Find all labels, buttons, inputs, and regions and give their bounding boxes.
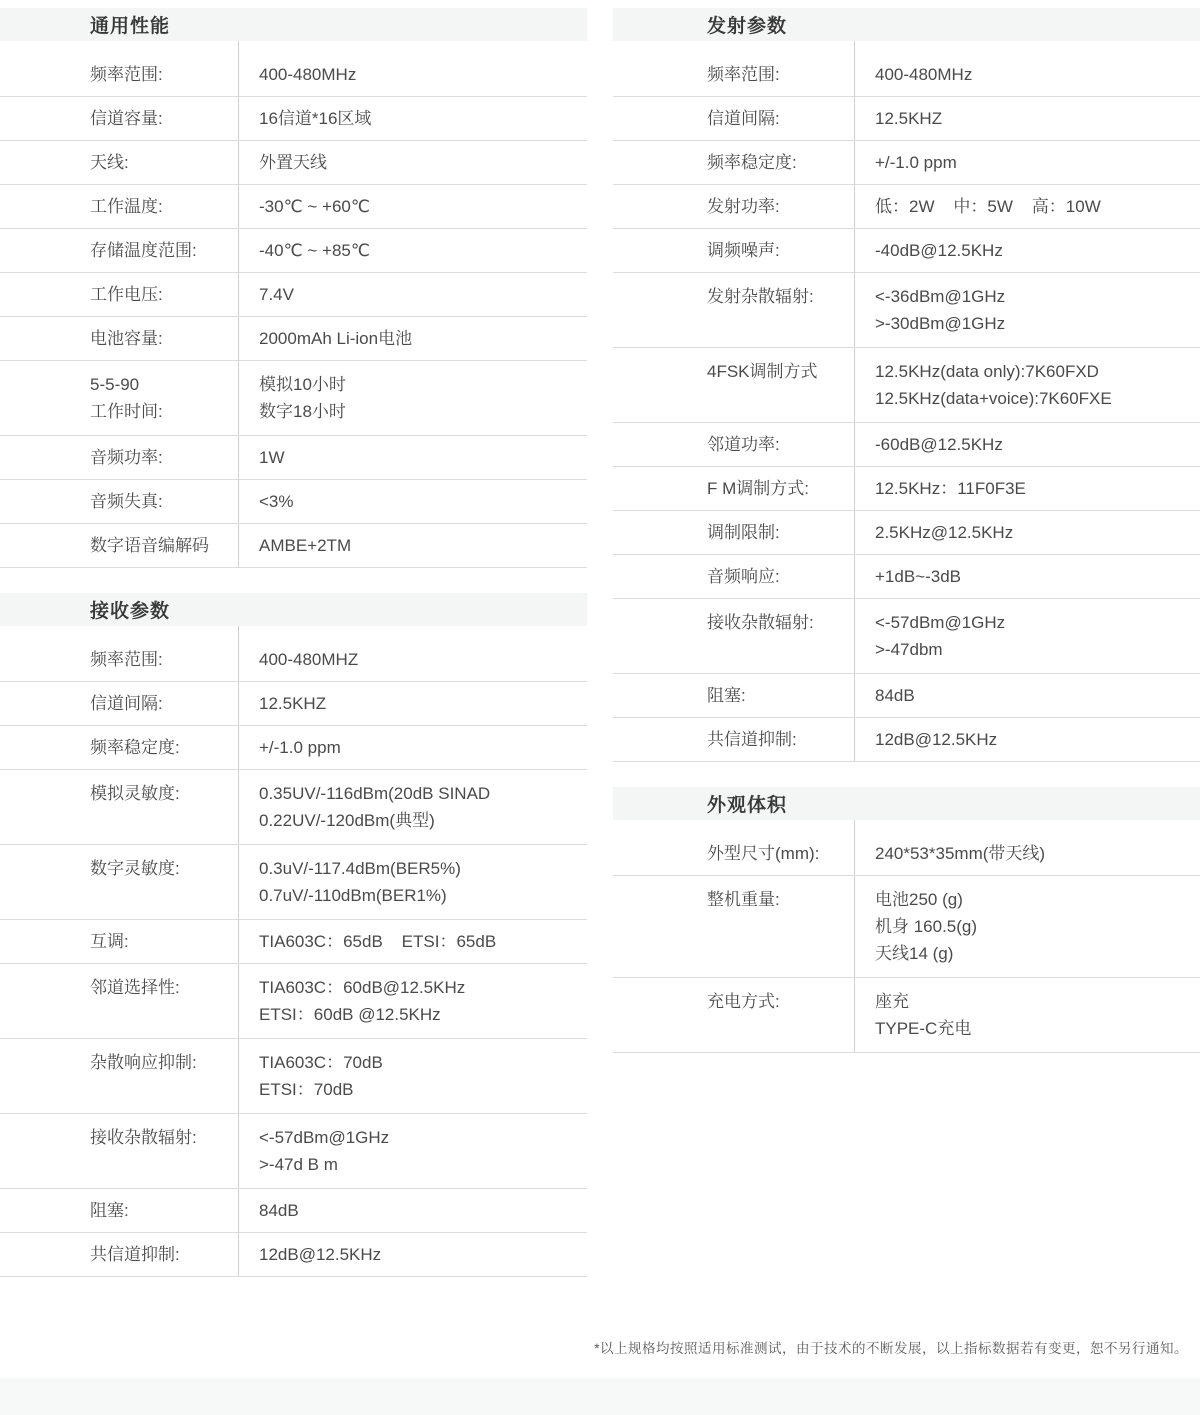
spec-value: 400-480MHZ — [238, 626, 587, 681]
spec-value: 400-480MHz — [238, 41, 587, 96]
spec-row: 电池容量: 2000mAh Li-ion电池 — [0, 317, 587, 361]
spec-row: 音频功率: 1W — [0, 436, 587, 480]
section-rx-parameters: 接收参数 频率范围: 400-480MHZ 信道间隔: 12.5KHZ 频率稳定… — [0, 593, 587, 1277]
spec-row: 共信道抑制: 12dB@12.5KHz — [613, 718, 1200, 762]
spec-label: 数字语音编解码 — [0, 524, 238, 567]
spec-label: 邻道选择性: — [0, 964, 238, 1038]
section-header: 通用性能 — [0, 8, 587, 41]
spec-row: 信道间隔: 12.5KHZ — [0, 682, 587, 726]
spec-value: AMBE+2TM — [238, 524, 587, 567]
spec-value: 12dB@12.5KHz — [238, 1233, 587, 1276]
spec-label: 频率稳定度: — [613, 141, 854, 184]
disclaimer-note: *以上规格均按照适用标准测试，由于技术的不断发展，以上指标数据若有变更，恕不另行… — [594, 1337, 1188, 1357]
spec-label: F M调制方式: — [613, 467, 854, 510]
spec-label: 互调: — [0, 920, 238, 963]
spec-label: 共信道抑制: — [613, 718, 854, 761]
spec-value: 座充 TYPE-C充电 — [854, 978, 1200, 1052]
spec-value: 2.5KHz@12.5KHz — [854, 511, 1200, 554]
spec-row: 数字灵敏度: 0.3uV/-117.4dBm(BER5%) 0.7uV/-110… — [0, 845, 587, 920]
spec-label: 频率范围: — [0, 41, 238, 96]
section-header: 接收参数 — [0, 593, 587, 626]
spec-row: 频率范围: 400-480MHz — [613, 41, 1200, 97]
left-column: 通用性能 频率范围: 400-480MHz 信道容量: 16信道*16区域 天线… — [0, 8, 587, 1277]
spec-row: 4FSK调制方式 12.5KHz(data only):7K60FXD 12.5… — [613, 348, 1200, 423]
spec-value: <-57dBm@1GHz >-47dbm — [854, 599, 1200, 673]
section-title: 发射参数 — [707, 11, 787, 38]
spec-row: 发射杂散辐射: <-36dBm@1GHz >-30dBm@1GHz — [613, 273, 1200, 348]
spec-row: 整机重量: 电池250 (g) 机身 160.5(g) 天线14 (g) — [613, 876, 1200, 978]
spec-row: 频率范围: 400-480MHz — [0, 41, 587, 97]
spec-value: <3% — [238, 480, 587, 523]
spec-value: 12.5KHz：11F0F3E — [854, 467, 1200, 510]
spec-row: 存储温度范围: -40℃ ~ +85℃ — [0, 229, 587, 273]
spec-value: -60dB@12.5KHz — [854, 423, 1200, 466]
section-general-performance: 通用性能 频率范围: 400-480MHz 信道容量: 16信道*16区域 天线… — [0, 8, 587, 568]
spec-value: 0.35UV/-116dBm(20dB SINAD 0.22UV/-120dBm… — [238, 770, 587, 844]
spec-value: +/-1.0 ppm — [854, 141, 1200, 184]
spec-label: 音频响应: — [613, 555, 854, 598]
spec-label: 音频失真: — [0, 480, 238, 523]
spec-row: 工作电压: 7.4V — [0, 273, 587, 317]
spec-row: 5-5-90 工作时间: 模拟10小时 数字18小时 — [0, 361, 587, 436]
spec-row: 杂散响应抑制: TIA603C：70dB ETSI：70dB — [0, 1039, 587, 1114]
spec-label: 接收杂散辐射: — [613, 599, 854, 673]
spec-row: 调频噪声: -40dB@12.5KHz — [613, 229, 1200, 273]
spec-label: 信道间隔: — [0, 682, 238, 725]
spec-value: TIA603C：65dB ETSI：65dB — [238, 920, 587, 963]
spec-row: 工作温度: -30℃ ~ +60℃ — [0, 185, 587, 229]
right-column: 发射参数 频率范围: 400-480MHz 信道间隔: 12.5KHZ 频率稳定… — [613, 8, 1200, 1053]
spec-label: 工作电压: — [0, 273, 238, 316]
spec-label: 调频噪声: — [613, 229, 854, 272]
spec-row: 音频失真: <3% — [0, 480, 587, 524]
spec-value: 16信道*16区域 — [238, 97, 587, 140]
spec-table-rx: 频率范围: 400-480MHZ 信道间隔: 12.5KHZ 频率稳定度: +/… — [0, 626, 587, 1277]
spec-value: 0.3uV/-117.4dBm(BER5%) 0.7uV/-110dBm(BER… — [238, 845, 587, 919]
bottom-gray-band — [0, 1378, 1200, 1415]
spec-table-dimensions: 外型尺寸(mm): 240*53*35mm(带天线) 整机重量: 电池250 (… — [613, 820, 1200, 1053]
spec-value: 1W — [238, 436, 587, 479]
spec-row: 调制限制: 2.5KHz@12.5KHz — [613, 511, 1200, 555]
spec-label: 接收杂散辐射: — [0, 1114, 238, 1188]
spec-label: 杂散响应抑制: — [0, 1039, 238, 1113]
spec-label: 频率范围: — [0, 626, 238, 681]
spec-label: 整机重量: — [613, 876, 854, 977]
section-header: 外观体积 — [613, 787, 1200, 820]
spec-label: 电池容量: — [0, 317, 238, 360]
spec-label: 邻道功率: — [613, 423, 854, 466]
spec-value: +1dB~-3dB — [854, 555, 1200, 598]
spec-page: 通用性能 频率范围: 400-480MHz 信道容量: 16信道*16区域 天线… — [0, 0, 1200, 1415]
spec-label: 发射功率: — [613, 185, 854, 228]
spec-row: 信道容量: 16信道*16区域 — [0, 97, 587, 141]
spec-row: 阻塞: 84dB — [0, 1189, 587, 1233]
spec-label: 信道间隔: — [613, 97, 854, 140]
spec-value: 外置天线 — [238, 141, 587, 184]
spec-value: <-57dBm@1GHz >-47d B m — [238, 1114, 587, 1188]
spec-row: 邻道功率: -60dB@12.5KHz — [613, 423, 1200, 467]
spec-row: 邻道选择性: TIA603C：60dB@12.5KHz ETSI：60dB @1… — [0, 964, 587, 1039]
spec-row: 模拟灵敏度: 0.35UV/-116dBm(20dB SINAD 0.22UV/… — [0, 770, 587, 845]
spec-label: 数字灵敏度: — [0, 845, 238, 919]
spec-row: 频率范围: 400-480MHZ — [0, 626, 587, 682]
spec-row: 阻塞: 84dB — [613, 674, 1200, 718]
spec-label: 外型尺寸(mm): — [613, 820, 854, 875]
spec-label: 发射杂散辐射: — [613, 273, 854, 347]
spec-value: 12.5KHZ — [238, 682, 587, 725]
spec-label: 阻塞: — [0, 1189, 238, 1232]
section-tx-parameters: 发射参数 频率范围: 400-480MHz 信道间隔: 12.5KHZ 频率稳定… — [613, 8, 1200, 762]
spec-value: 400-480MHz — [854, 41, 1200, 96]
spec-label: 调制限制: — [613, 511, 854, 554]
spec-label: 5-5-90 工作时间: — [0, 361, 238, 435]
section-title: 通用性能 — [90, 11, 170, 38]
spec-label: 阻塞: — [613, 674, 854, 717]
section-title: 接收参数 — [90, 596, 170, 623]
spec-row: 共信道抑制: 12dB@12.5KHz — [0, 1233, 587, 1277]
spec-row: 外型尺寸(mm): 240*53*35mm(带天线) — [613, 820, 1200, 876]
spec-value: -40dB@12.5KHz — [854, 229, 1200, 272]
spec-value: 12dB@12.5KHz — [854, 718, 1200, 761]
spec-row: F M调制方式: 12.5KHz：11F0F3E — [613, 467, 1200, 511]
spec-value: +/-1.0 ppm — [238, 726, 587, 769]
section-header: 发射参数 — [613, 8, 1200, 41]
spec-label: 工作温度: — [0, 185, 238, 228]
spec-row: 频率稳定度: +/-1.0 ppm — [0, 726, 587, 770]
spec-label: 存储温度范围: — [0, 229, 238, 272]
spec-label: 共信道抑制: — [0, 1233, 238, 1276]
spec-value: 电池250 (g) 机身 160.5(g) 天线14 (g) — [854, 876, 1200, 977]
spec-value: 7.4V — [238, 273, 587, 316]
spec-table-general: 频率范围: 400-480MHz 信道容量: 16信道*16区域 天线: 外置天… — [0, 41, 587, 568]
spec-label: 模拟灵敏度: — [0, 770, 238, 844]
spec-row: 频率稳定度: +/-1.0 ppm — [613, 141, 1200, 185]
spec-value: 84dB — [854, 674, 1200, 717]
spec-label: 充电方式: — [613, 978, 854, 1052]
spec-value: -30℃ ~ +60℃ — [238, 185, 587, 228]
spec-row: 音频响应: +1dB~-3dB — [613, 555, 1200, 599]
spec-row: 接收杂散辐射: <-57dBm@1GHz >-47d B m — [0, 1114, 587, 1189]
spec-value: 低：2W 中：5W 高：10W — [854, 185, 1200, 228]
spec-label: 频率范围: — [613, 41, 854, 96]
spec-row: 数字语音编解码 AMBE+2TM — [0, 524, 587, 568]
spec-value: TIA603C：60dB@12.5KHz ETSI：60dB @12.5KHz — [238, 964, 587, 1038]
spec-value: 2000mAh Li-ion电池 — [238, 317, 587, 360]
spec-row: 互调: TIA603C：65dB ETSI：65dB — [0, 920, 587, 964]
spec-row: 接收杂散辐射: <-57dBm@1GHz >-47dbm — [613, 599, 1200, 674]
spec-row: 充电方式: 座充 TYPE-C充电 — [613, 978, 1200, 1053]
spec-value: TIA603C：70dB ETSI：70dB — [238, 1039, 587, 1113]
spec-label: 4FSK调制方式 — [613, 348, 854, 422]
spec-table-tx: 频率范围: 400-480MHz 信道间隔: 12.5KHZ 频率稳定度: +/… — [613, 41, 1200, 762]
spec-value: 240*53*35mm(带天线) — [854, 820, 1200, 875]
spec-label: 天线: — [0, 141, 238, 184]
section-dimensions: 外观体积 外型尺寸(mm): 240*53*35mm(带天线) 整机重量: 电池… — [613, 787, 1200, 1053]
spec-row: 信道间隔: 12.5KHZ — [613, 97, 1200, 141]
spec-value: 12.5KHz(data only):7K60FXD 12.5KHz(data+… — [854, 348, 1200, 422]
spec-label: 音频功率: — [0, 436, 238, 479]
spec-row: 天线: 外置天线 — [0, 141, 587, 185]
spec-value: <-36dBm@1GHz >-30dBm@1GHz — [854, 273, 1200, 347]
section-title: 外观体积 — [707, 790, 787, 817]
spec-value: 84dB — [238, 1189, 587, 1232]
spec-value: 模拟10小时 数字18小时 — [238, 361, 587, 435]
spec-label: 频率稳定度: — [0, 726, 238, 769]
spec-label: 信道容量: — [0, 97, 238, 140]
spec-value: -40℃ ~ +85℃ — [238, 229, 587, 272]
spec-row: 发射功率: 低：2W 中：5W 高：10W — [613, 185, 1200, 229]
spec-value: 12.5KHZ — [854, 97, 1200, 140]
